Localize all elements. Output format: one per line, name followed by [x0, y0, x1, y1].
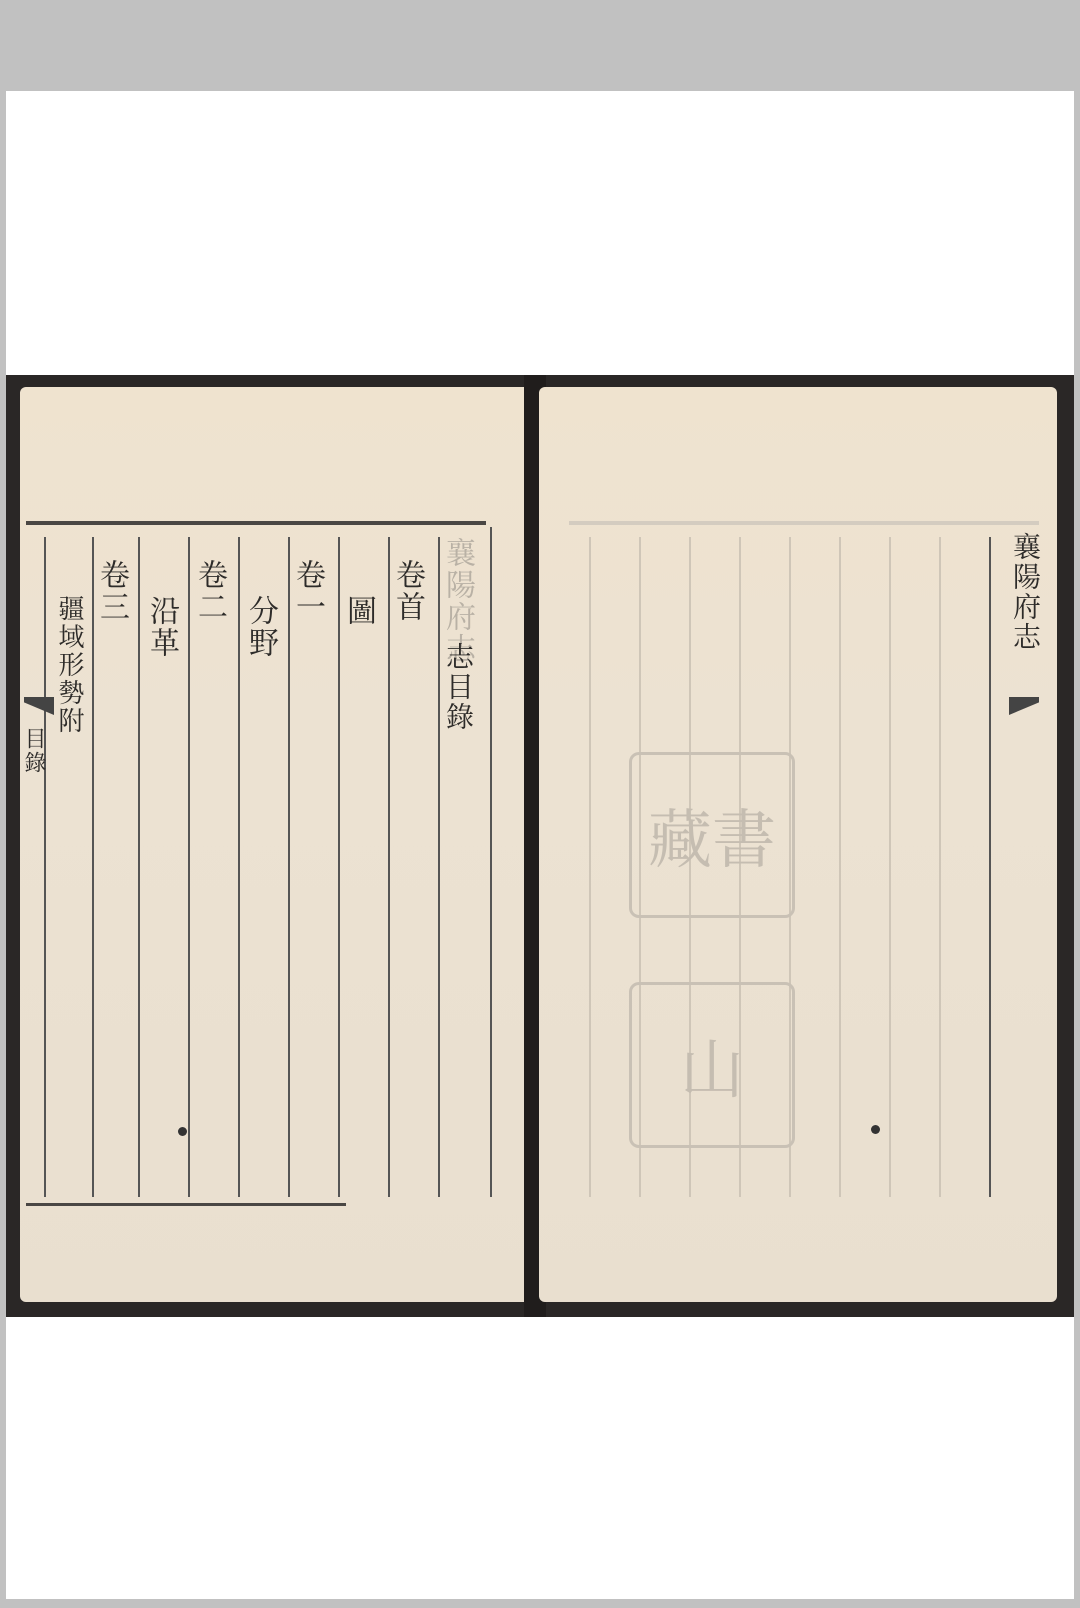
column-rule	[288, 537, 290, 1197]
fish-tail-mark	[1009, 697, 1039, 715]
entry-item: 圖	[343, 595, 373, 627]
column-rule	[839, 537, 841, 1197]
collector-seal: 藏書	[629, 752, 795, 918]
right-page: 襄陽府志 藏書 山	[539, 387, 1057, 1302]
column-rule	[989, 537, 991, 1197]
column-rule	[138, 537, 140, 1197]
column-rule	[188, 537, 190, 1197]
book-scan: 襄陽府志 志目錄 卷首 圖 卷一 分野 卷二 沿革 卷三 疆域形勢附 目錄 襄陽…	[6, 375, 1074, 1317]
column-rule	[939, 537, 941, 1197]
banxin-title: 襄陽府志	[1011, 532, 1039, 652]
entry-volume: 卷首	[392, 559, 422, 623]
page-spot	[178, 1127, 187, 1136]
border-top	[26, 521, 486, 525]
entry-volume: 卷一	[292, 559, 322, 623]
column-rule	[238, 537, 240, 1197]
column-rule	[589, 537, 591, 1197]
banxin-section: 目錄	[22, 727, 44, 775]
fish-tail-mark	[24, 697, 54, 715]
left-page: 襄陽府志 志目錄 卷首 圖 卷一 分野 卷二 沿革 卷三 疆域形勢附 目錄	[20, 387, 530, 1302]
column-rule	[889, 537, 891, 1197]
column-rule	[44, 537, 46, 1197]
column-rule	[338, 537, 340, 1197]
collector-seal: 山	[629, 982, 795, 1148]
entry-item: 疆域形勢附	[56, 595, 82, 735]
border-top	[569, 521, 1039, 525]
entry-volume: 卷三	[96, 559, 126, 623]
column-rule	[388, 537, 390, 1197]
column-rule	[92, 537, 94, 1197]
entry-item: 分野	[245, 595, 275, 659]
border-bottom	[26, 1203, 346, 1206]
entry-volume: 卷二	[194, 559, 224, 623]
heading-suffix: 志目錄	[444, 642, 472, 732]
page-spot	[871, 1125, 880, 1134]
entry-item: 沿革	[146, 595, 176, 659]
column-rule	[490, 527, 492, 1197]
